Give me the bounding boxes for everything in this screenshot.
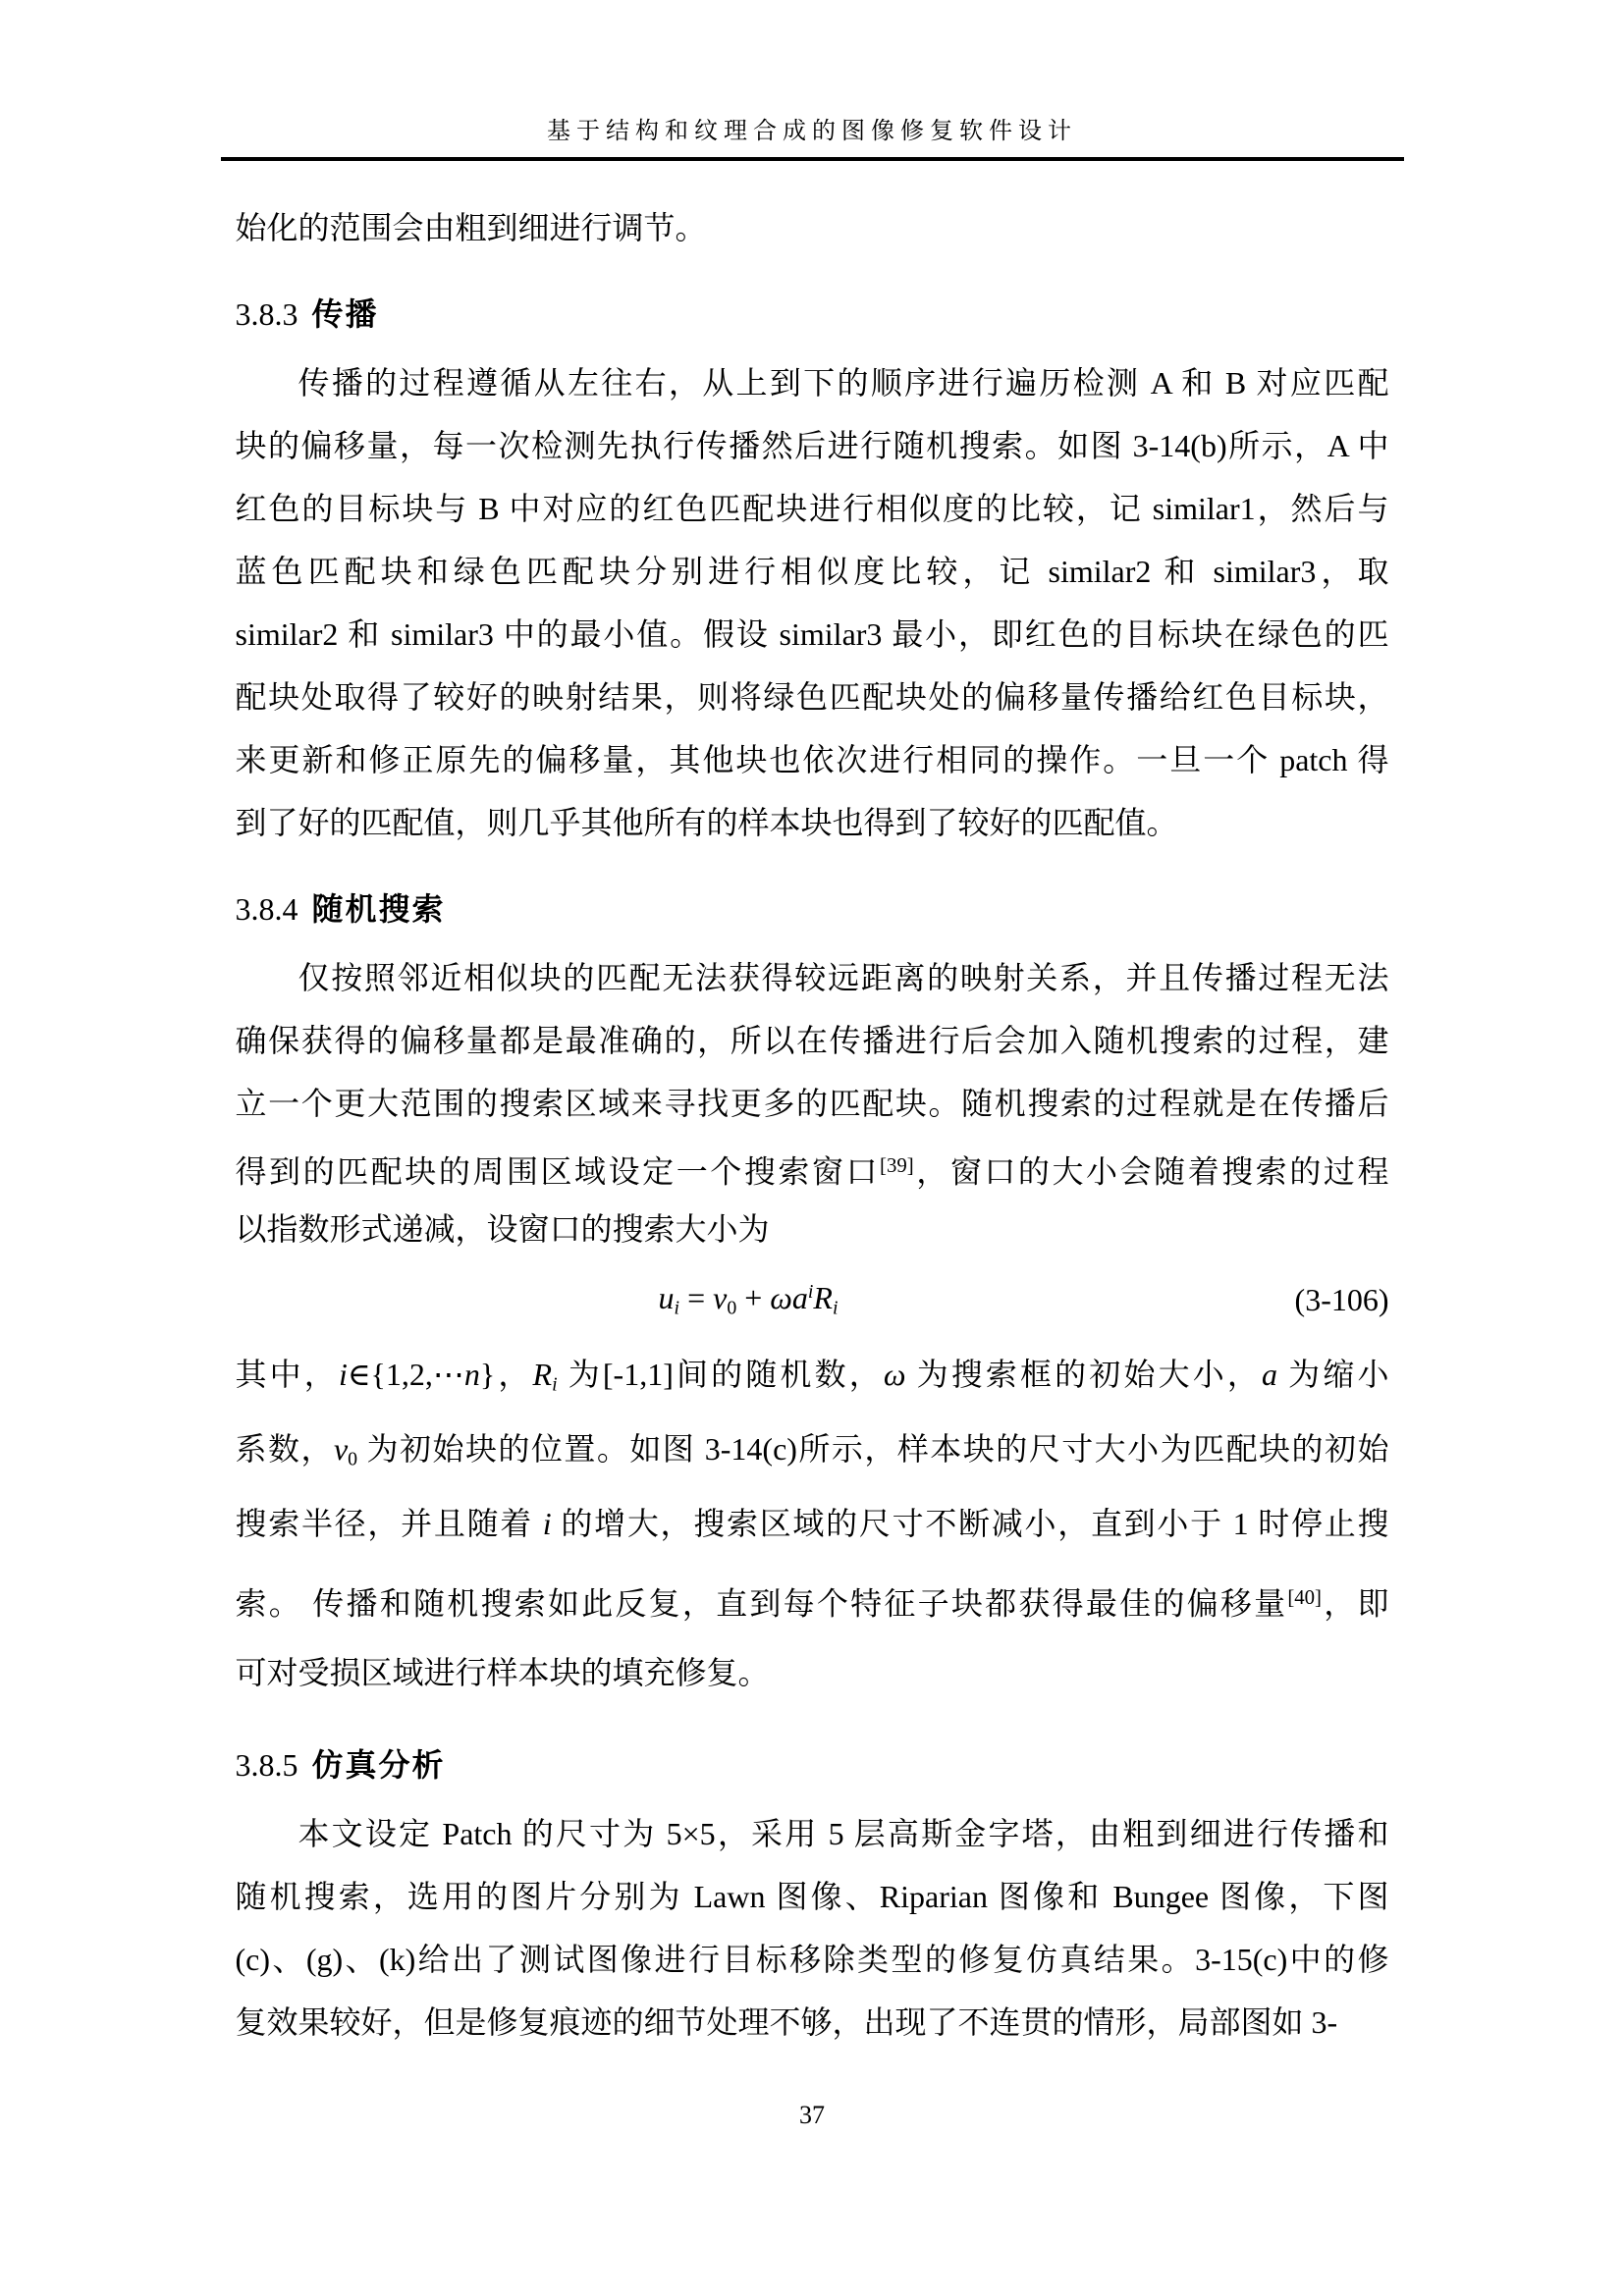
paragraph: 其中，i∈{1,2,⋯n}，Ri 为[-1,1]间的随机数，ω 为搜索框的初始大… <box>236 1337 1389 1710</box>
text-line: 可对受损区域进行样本块的填充修复。 <box>236 1635 1389 1710</box>
text-run: 的增大，搜索区域的尺寸不断减小，直到小于 1 时停止搜 <box>552 1506 1389 1541</box>
text-run: similar2 和 similar3 中的最小值。假设 similar3 最小… <box>236 616 1389 652</box>
equation: ui = v0 + ωaiRi(3-106) <box>236 1268 1389 1331</box>
text-run: 复效果较好，但是修复痕迹的细节处理不够，出现了不连贯的情形，局部图如 3- <box>236 2004 1338 2040</box>
text-run: 搜索半径，并且随着 <box>236 1506 543 1541</box>
equation-body: ui = v0 + ωaiRi <box>236 1280 1262 1320</box>
section-heading: 3.8.3传播 <box>236 283 1389 346</box>
text-line: 来更新和修正原先的偏移量，其他块也依次进行相同的操作。一旦一个 patch 得 <box>236 728 1389 791</box>
text-line: 红色的目标块与 B 中对应的红色匹配块进行相似度的比较，记 similar1，然… <box>236 477 1389 540</box>
text-run: }， <box>480 1357 533 1392</box>
text-line: 搜索半径，并且随着 i 的增大，搜索区域的尺寸不断减小，直到小于 1 时停止搜 <box>236 1486 1389 1561</box>
text-line: 始化的范围会由粗到细进行调节。 <box>236 196 1389 259</box>
text-line: 随机搜索，选用的图片分别为 Lawn 图像、Riparian 图像和 Bunge… <box>236 1865 1389 1928</box>
math-run: u <box>659 1280 675 1315</box>
text-run: i <box>339 1357 348 1392</box>
text-run: 块的偏移量，每一次检测先执行传播然后进行随机搜索。如图 3-14(b)所示，A … <box>236 428 1389 463</box>
text-run: 为初始块的位置。如图 3-14(c)所示，样本块的尺寸大小为匹配块的初始 <box>357 1431 1388 1467</box>
citation-ref: [40] <box>1287 1586 1322 1609</box>
text-run: ，窗口的大小会随着搜索的过程 <box>914 1153 1389 1189</box>
text-run: v <box>334 1431 348 1467</box>
equation-number: (3-106) <box>1262 1282 1389 1318</box>
text-run: 为搜索框的初始大小， <box>905 1357 1262 1392</box>
text-run: 可对受损区域进行样本块的填充修复。 <box>236 1655 770 1690</box>
document-body: 始化的范围会由粗到细进行调节。3.8.3传播传播的过程遵循从左往右，从上到下的顺… <box>236 196 1389 2054</box>
text-run: 来更新和修正原先的偏移量，其他块也依次进行相同的操作。一旦一个 patch 得 <box>236 742 1389 777</box>
text-run: 红色的目标块与 B 中对应的红色匹配块进行相似度的比较，记 similar1，然… <box>236 491 1389 526</box>
math-run: v <box>713 1280 727 1315</box>
text-run: 仅按照邻近相似块的匹配无法获得较远距离的映射关系，并且传播过程无法 <box>298 960 1389 995</box>
paragraph: 仅按照邻近相似块的匹配无法获得较远距离的映射关系，并且传播过程无法确保获得的偏移… <box>236 946 1389 1260</box>
document-page: 基于结构和纹理合成的图像修复软件设计 始化的范围会由粗到细进行调节。3.8.3传… <box>0 0 1624 2296</box>
section-heading: 3.8.4随机搜索 <box>236 878 1389 940</box>
text-run: 为[-1,1]间的随机数， <box>558 1357 884 1392</box>
text-line: 确保获得的偏移量都是最准确的，所以在传播进行后会加入随机搜索的过程，建 <box>236 1009 1389 1072</box>
text-run: 配块处取得了较好的映射结果，则将绿色匹配块处的偏移量传播给红色目标块， <box>236 679 1389 715</box>
section-title: 随机搜索 <box>312 891 446 927</box>
text-line: 本文设定 Patch 的尺寸为 5×5，采用 5 层高斯金字塔，由粗到细进行传播… <box>236 1802 1389 1865</box>
math-run: ω <box>770 1280 792 1315</box>
text-run: n <box>464 1357 480 1392</box>
text-line: 蓝色匹配块和绿色匹配块分别进行相似度比较，记 similar2 和 simila… <box>236 540 1389 603</box>
text-run: ω <box>884 1357 906 1392</box>
text-line: (c)、(g)、(k)给出了测试图像进行目标移除类型的修复仿真结果。3-15(c… <box>236 1928 1389 1991</box>
math-run: R <box>813 1280 833 1315</box>
text-run: 其中， <box>236 1357 339 1392</box>
header-title: 基于结构和纹理合成的图像修复软件设计 <box>0 118 1624 145</box>
text-run: 始化的范围会由粗到细进行调节。 <box>236 210 707 245</box>
math-run: i <box>833 1297 839 1318</box>
text-run: a <box>1262 1357 1277 1392</box>
text-run: 本文设定 Patch 的尺寸为 5×5，采用 5 层高斯金字塔，由粗到细进行传播… <box>298 1816 1389 1851</box>
paragraph: 本文设定 Patch 的尺寸为 5×5，采用 5 层高斯金字塔，由粗到细进行传播… <box>236 1802 1389 2054</box>
paragraph: 传播的过程遵循从左往右，从上到下的顺序进行遍历检测 A 和 B 对应匹配块的偏移… <box>236 351 1389 854</box>
paragraph: 始化的范围会由粗到细进行调节。 <box>236 196 1389 259</box>
text-line: similar2 和 similar3 中的最小值。假设 similar3 最小… <box>236 603 1389 666</box>
math-run: 0 <box>727 1297 736 1318</box>
page-footer: 37 <box>0 2099 1624 2132</box>
math-run: + <box>736 1280 770 1315</box>
text-line: 传播的过程遵循从左往右，从上到下的顺序进行遍历检测 A 和 B 对应匹配 <box>236 351 1389 414</box>
text-run: 蓝色匹配块和绿色匹配块分别进行相似度比较，记 similar2 和 simila… <box>236 554 1389 603</box>
text-run: 以指数形式递减，设窗口的搜索大小为 <box>236 1211 770 1247</box>
text-line: 配块处取得了较好的映射结果，则将绿色匹配块处的偏移量传播给红色目标块， <box>236 666 1389 728</box>
text-run: 到了好的匹配值，则几乎其他所有的样本块也得到了较好的匹配值。 <box>236 805 1178 840</box>
text-line: 以指数形式递减，设窗口的搜索大小为 <box>236 1198 1389 1260</box>
text-run: ，即 <box>1322 1585 1389 1621</box>
text-run: i <box>543 1506 552 1541</box>
text-line: 索。 传播和随机搜索如此反复，直到每个特征子块都获得最佳的偏移量[40]，即 <box>236 1561 1389 1635</box>
page-header: 基于结构和纹理合成的图像修复软件设计 <box>0 0 1624 161</box>
text-run: 为缩小 <box>1277 1357 1388 1392</box>
text-line: 块的偏移量，每一次检测先执行传播然后进行随机搜索。如图 3-14(b)所示，A … <box>236 414 1389 477</box>
text-run: 系数， <box>236 1431 334 1467</box>
text-line: 到了好的匹配值，则几乎其他所有的样本块也得到了较好的匹配值。 <box>236 791 1389 854</box>
page-number: 37 <box>0 2099 1624 2132</box>
section-heading: 3.8.5仿真分析 <box>236 1734 1389 1796</box>
text-run: R <box>533 1357 553 1392</box>
header-rule <box>221 157 1404 161</box>
section-title: 传播 <box>312 296 379 332</box>
text-line: 其中，i∈{1,2,⋯n}，Ri 为[-1,1]间的随机数，ω 为搜索框的初始大… <box>236 1337 1389 1412</box>
section-number: 3.8.5 <box>236 1747 298 1783</box>
section-number: 3.8.4 <box>236 891 298 927</box>
text-line: 复效果较好，但是修复痕迹的细节处理不够，出现了不连贯的情形，局部图如 3- <box>236 1991 1389 2054</box>
text-line: 立一个更大范围的搜索区域来寻找更多的匹配块。随机搜索的过程就是在传播后 <box>236 1072 1389 1135</box>
text-run: 索。 传播和随机搜索如此反复，直到每个特征子块都获得最佳的偏移量 <box>236 1585 1288 1621</box>
text-run: 确保获得的偏移量都是最准确的，所以在传播进行后会加入随机搜索的过程，建 <box>236 1023 1389 1058</box>
math-run: a <box>792 1280 808 1315</box>
text-run: 立一个更大范围的搜索区域来寻找更多的匹配块。随机搜索的过程就是在传播后 <box>236 1086 1389 1121</box>
text-run: 得到的匹配块的周围区域设定一个搜索窗口 <box>236 1153 881 1189</box>
text-line: 得到的匹配块的周围区域设定一个搜索窗口[39]，窗口的大小会随着搜索的过程 <box>236 1135 1389 1198</box>
citation-ref: [39] <box>880 1154 914 1177</box>
text-run: (c)、(g)、(k)给出了测试图像进行目标移除类型的修复仿真结果。3-15(c… <box>236 1942 1389 1977</box>
text-run: 传播的过程遵循从左往右，从上到下的顺序进行遍历检测 A 和 B 对应匹配 <box>298 365 1389 400</box>
text-run: 0 <box>348 1449 357 1470</box>
text-run: ∈{1,2,⋯ <box>348 1357 464 1392</box>
text-run: 随机搜索，选用的图片分别为 Lawn 图像、Riparian 图像和 Bunge… <box>236 1879 1389 1914</box>
text-line: 仅按照邻近相似块的匹配无法获得较远距离的映射关系，并且传播过程无法 <box>236 946 1389 1009</box>
section-title: 仿真分析 <box>312 1747 446 1783</box>
section-number: 3.8.3 <box>236 296 298 332</box>
text-line: 系数，v0 为初始块的位置。如图 3-14(c)所示，样本块的尺寸大小为匹配块的… <box>236 1412 1389 1486</box>
math-run: = <box>679 1280 713 1315</box>
